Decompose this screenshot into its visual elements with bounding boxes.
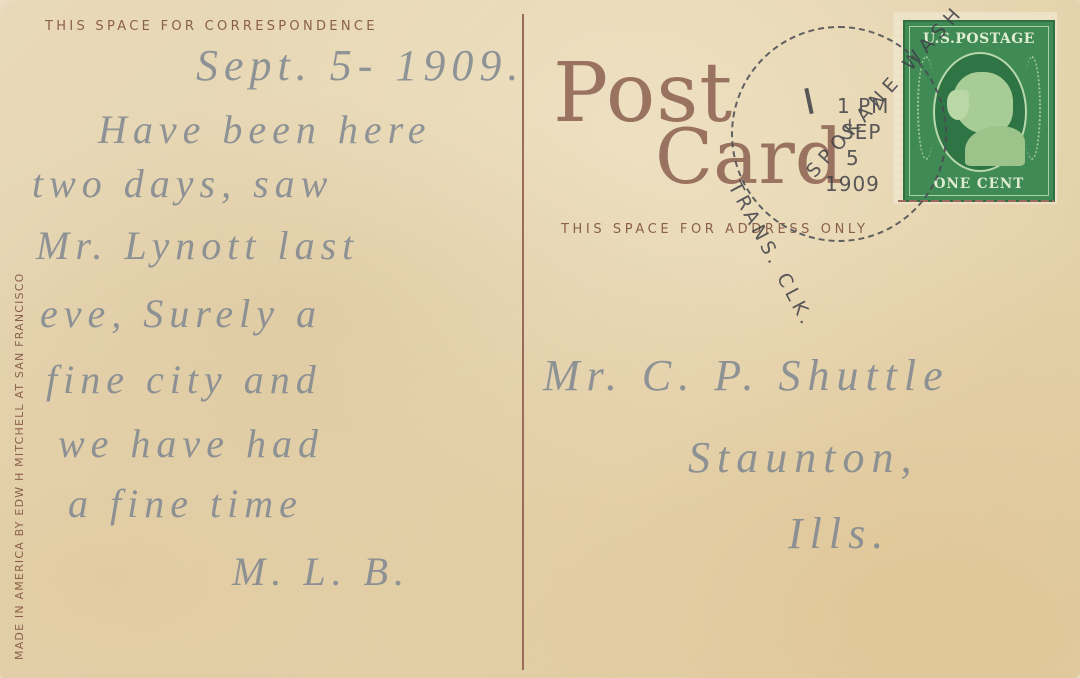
message-signature: M. L. B. [232, 548, 410, 595]
message-line: Mr. Lynott last [36, 222, 359, 269]
postmark-time: 1 PM [837, 94, 889, 118]
center-divider-line [522, 14, 524, 670]
publisher-imprint: MADE IN AMERICA BY EDW H MITCHELL AT SAN… [13, 273, 26, 661]
address-city: Staunton, [688, 432, 918, 483]
postmark-mark-icon [804, 88, 813, 114]
message-line: we have had [58, 420, 324, 467]
postmark-year: 1909 [825, 172, 880, 196]
message-line: a fine time [68, 480, 303, 527]
message-line: Have been here [98, 106, 432, 153]
message-date: Sept. 5- 1909. [196, 40, 524, 91]
message-line: two days, saw [32, 160, 333, 207]
correspondence-header: THIS SPACE FOR CORRESPONDENCE [45, 19, 378, 34]
address-state: Ills. [788, 508, 890, 559]
postmark-cancellation: SPOKANE WASH TRANS. CLK. 1 PM SEP 5 1909 [731, 26, 947, 242]
message-line: fine city and [46, 356, 322, 403]
portrait-icon [933, 52, 1027, 172]
postmark-day: 5 [846, 146, 859, 170]
message-line: eve, Surely a [40, 290, 322, 337]
postmark-clerk: TRANS. CLK. [724, 178, 819, 331]
postcard-back: THIS SPACE FOR CORRESPONDENCE MADE IN AM… [0, 0, 1080, 678]
postmark-month: SEP [841, 120, 881, 144]
address-recipient: Mr. C. P. Shuttle [543, 350, 950, 401]
